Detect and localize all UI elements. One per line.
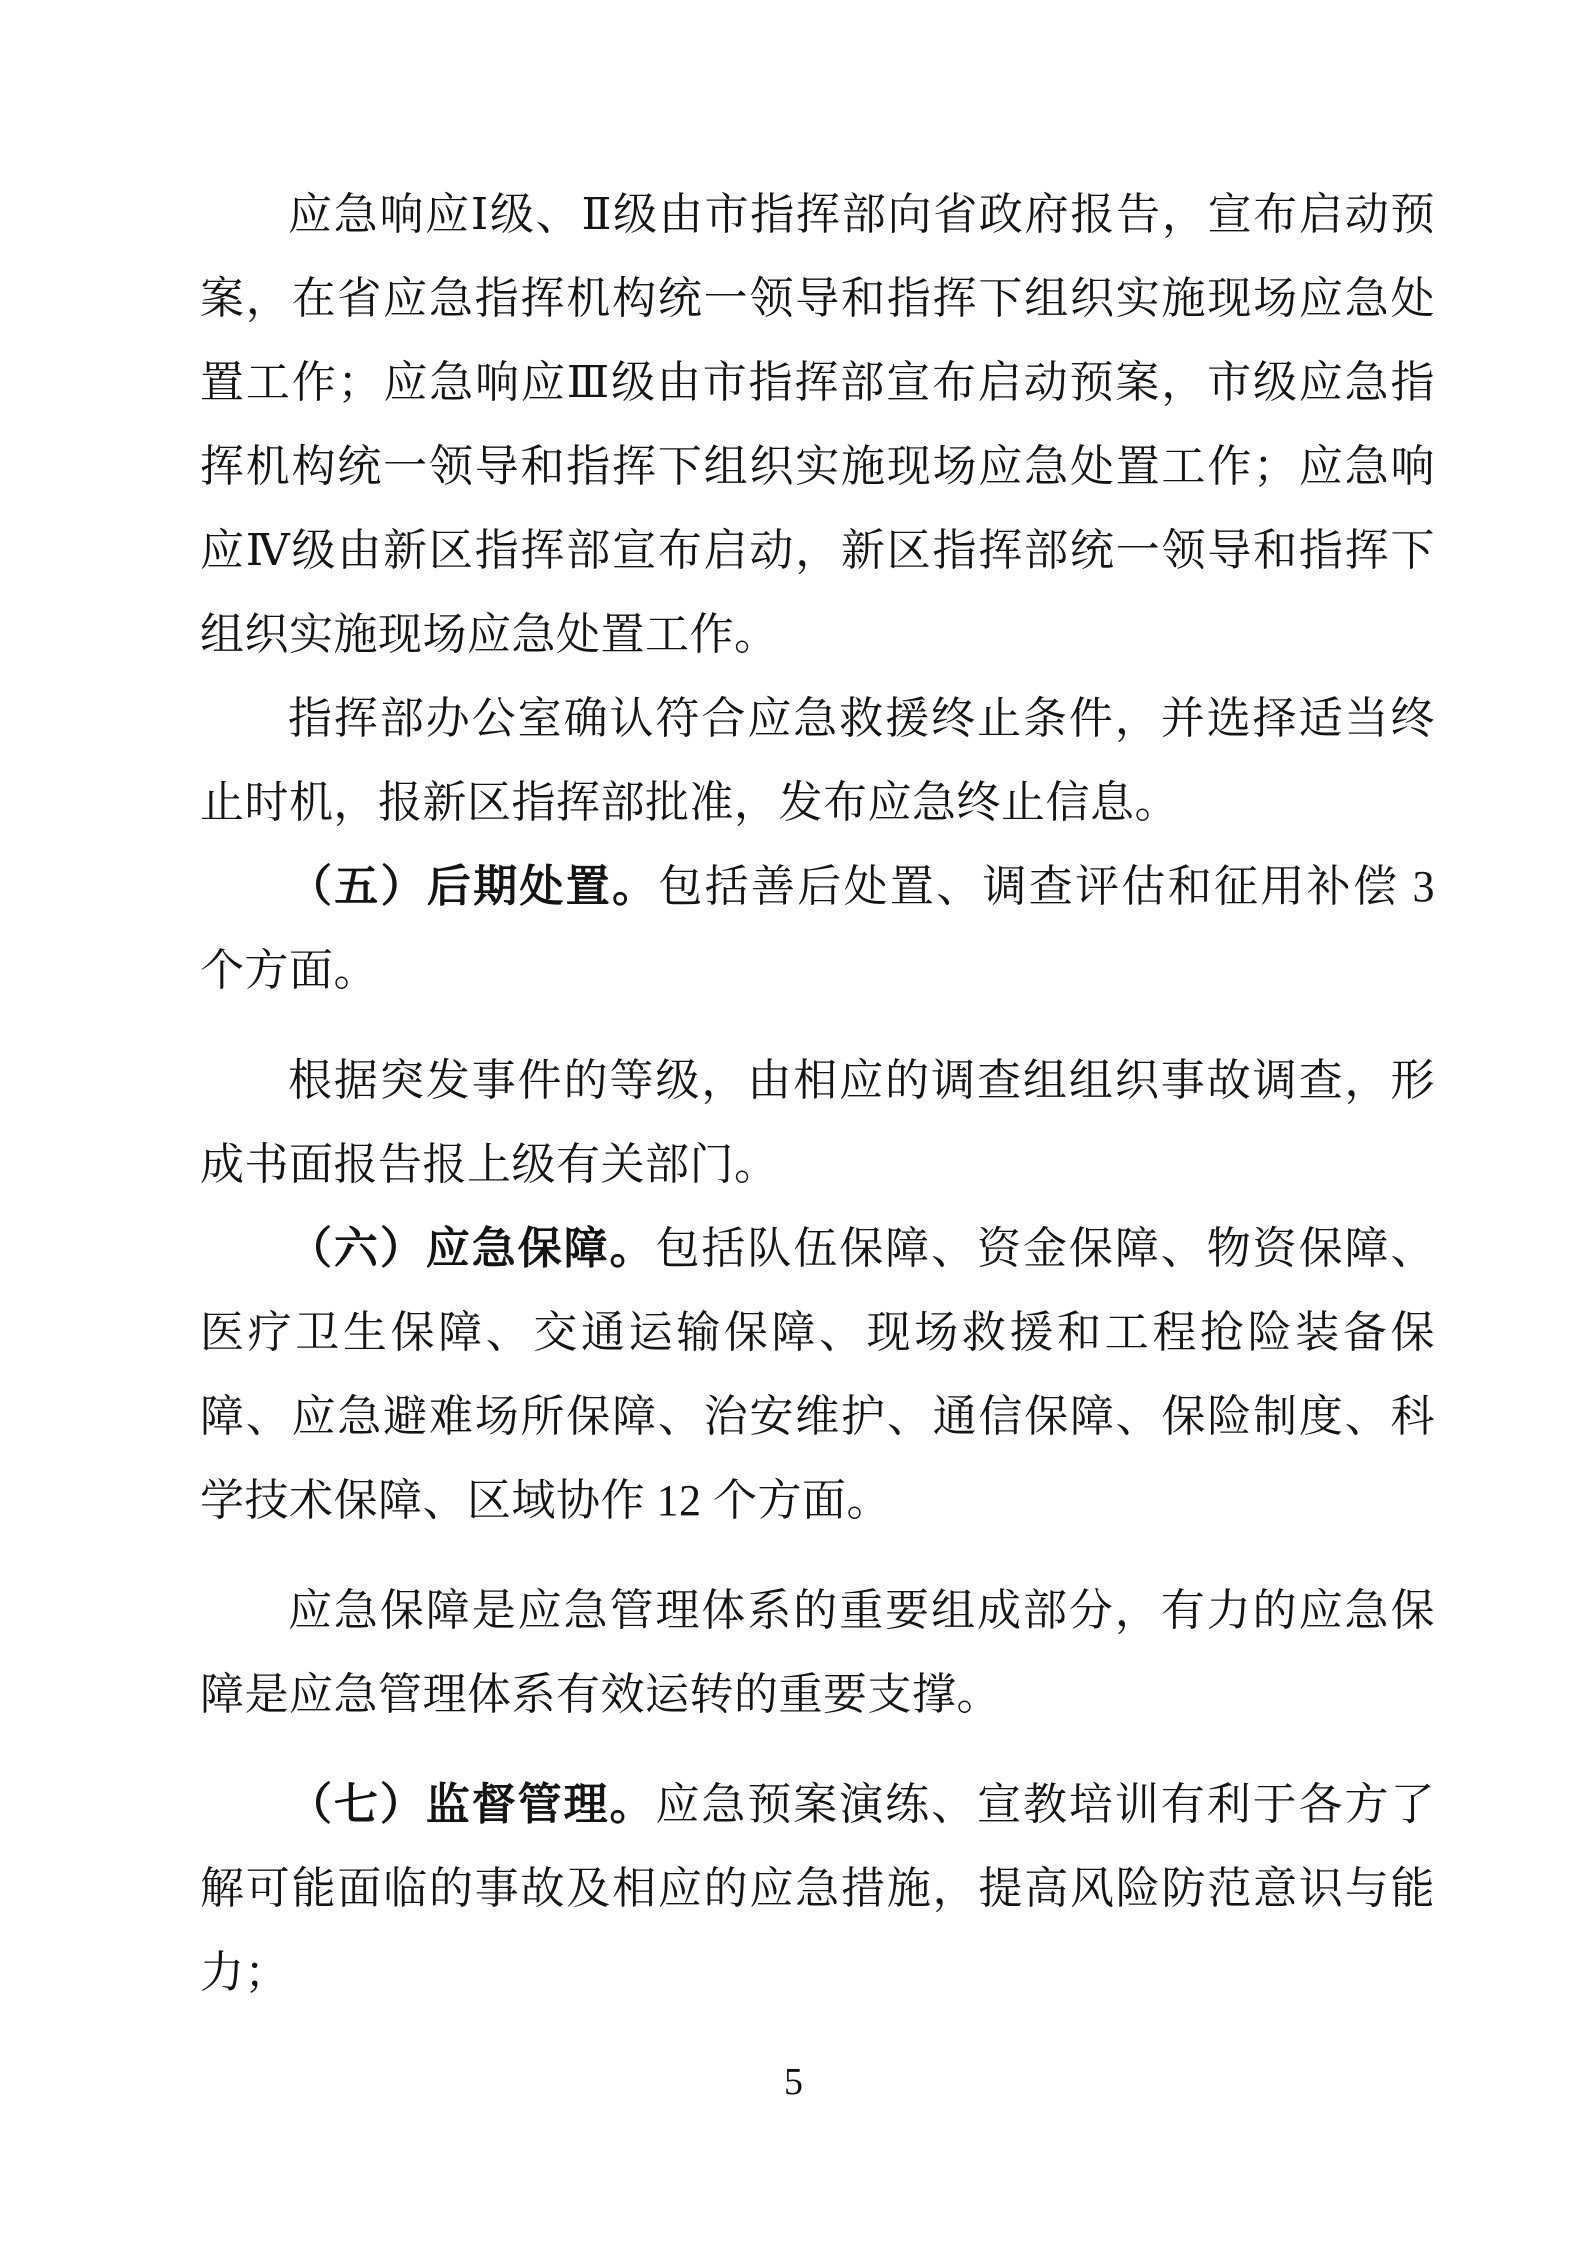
page-number: 5 xyxy=(784,2061,803,2103)
section-heading: （五）后期处置。 xyxy=(288,862,658,911)
paragraph-text: 应急保障是应急管理体系的重要组成部分，有力的应急保障是应急管理体系有效运转的重要… xyxy=(200,1586,1435,1719)
document-page: 应急响应Ⅰ级、Ⅱ级由市指挥部向省政府报告，宣布启动预案，在省应急指挥机构统一领导… xyxy=(0,0,1587,2245)
paragraph-investigation: 根据突发事件的等级，由相应的调查组组织事故调查，形成书面报告报上级有关部门。 xyxy=(200,1039,1435,1207)
paragraph-text: 根据突发事件的等级，由相应的调查组组织事故调查，形成书面报告报上级有关部门。 xyxy=(200,1056,1435,1189)
paragraph-section-7-supervision: （七）监督管理。应急预案演练、宣教培训有利于各方了解可能面临的事故及相应的应急措… xyxy=(200,1763,1435,2015)
section-heading: （七）监督管理。 xyxy=(288,1780,656,1829)
document-body: 应急响应Ⅰ级、Ⅱ级由市指挥部向省政府报告，宣布启动预案，在省应急指挥机构统一领导… xyxy=(200,173,1435,2015)
paragraph-termination: 指挥部办公室确认符合应急救援终止条件，并选择适当终止时机，报新区指挥部批准，发布… xyxy=(200,677,1435,845)
paragraph-section-5-post-disposal: （五）后期处置。包括善后处置、调查评估和征用补偿 3 个方面。 xyxy=(200,845,1435,1013)
paragraph-support-importance: 应急保障是应急管理体系的重要组成部分，有力的应急保障是应急管理体系有效运转的重要… xyxy=(200,1569,1435,1737)
section-heading: （六）应急保障。 xyxy=(288,1224,656,1273)
paragraph-text: 应急响应Ⅰ级、Ⅱ级由市指挥部向省政府报告，宣布启动预案，在省应急指挥机构统一领导… xyxy=(200,190,1435,659)
page-footer: 5 xyxy=(0,2058,1587,2106)
paragraph-emergency-response-levels: 应急响应Ⅰ级、Ⅱ级由市指挥部向省政府报告，宣布启动预案，在省应急指挥机构统一领导… xyxy=(200,173,1435,677)
paragraph-text: 指挥部办公室确认符合应急救援终止条件，并选择适当终止时机，报新区指挥部批准，发布… xyxy=(200,694,1435,827)
paragraph-section-6-support: （六）应急保障。包括队伍保障、资金保障、物资保障、医疗卫生保障、交通运输保障、现… xyxy=(200,1207,1435,1543)
